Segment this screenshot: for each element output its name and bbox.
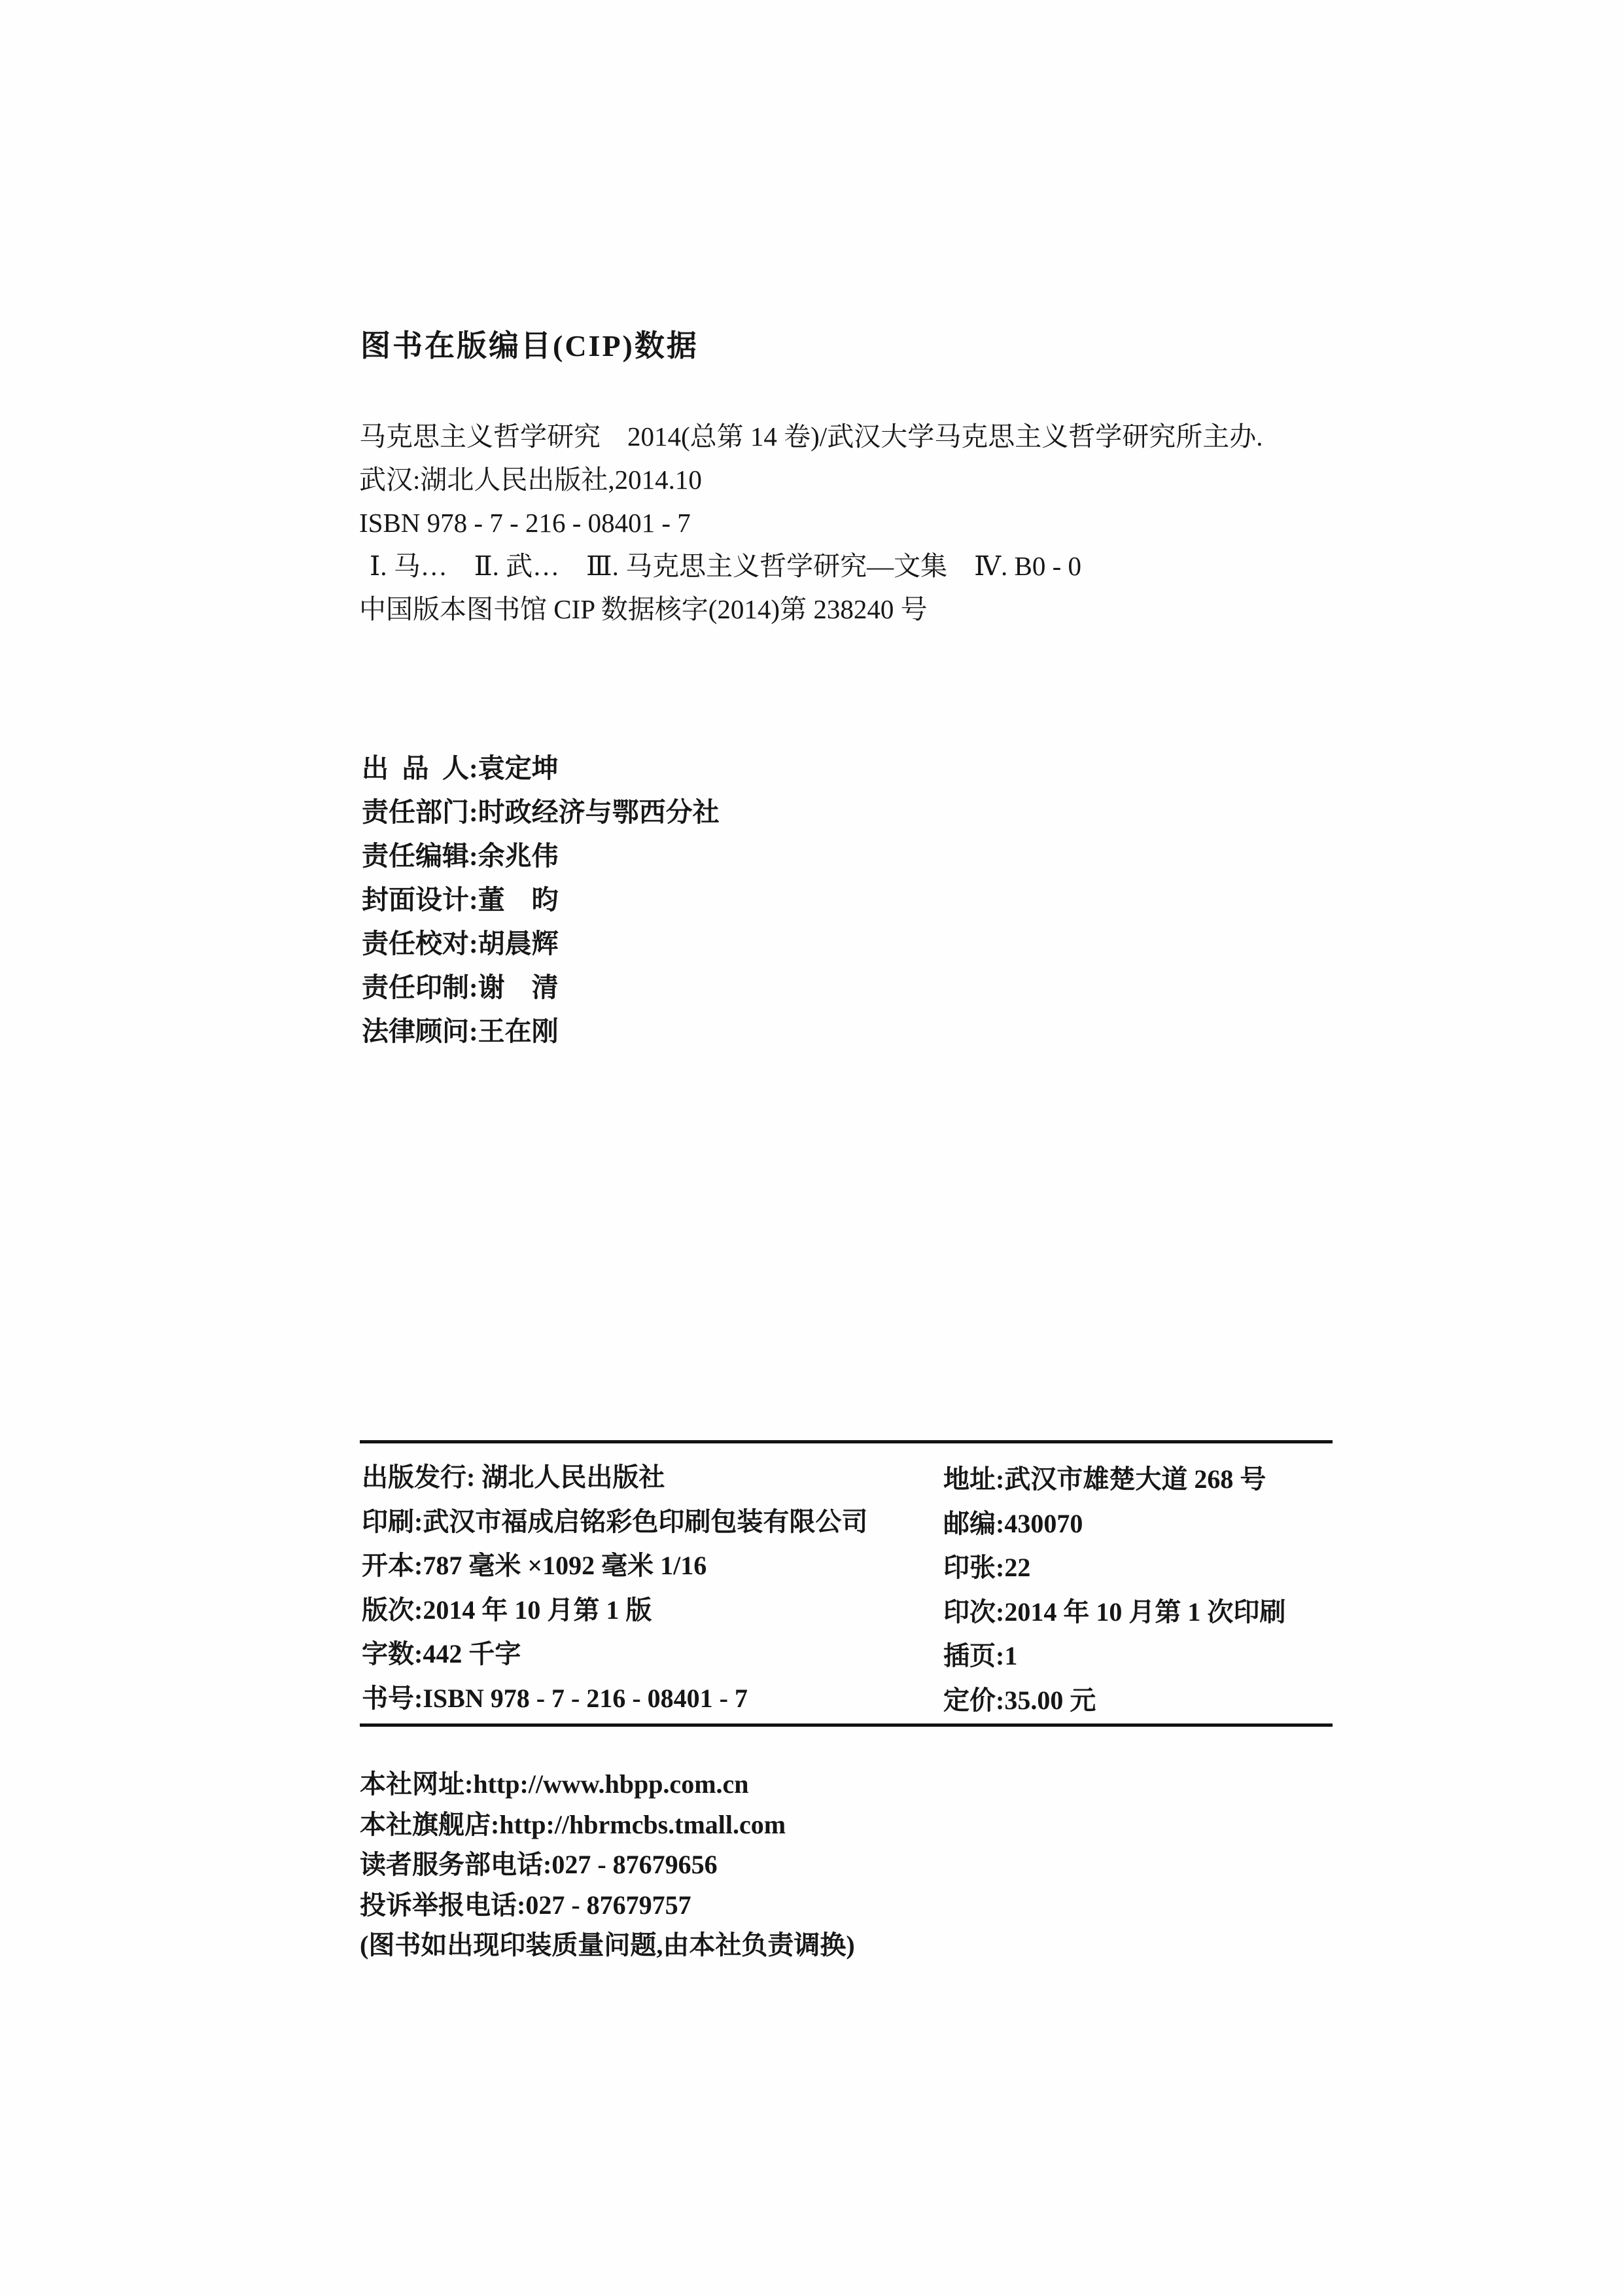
colophon-label: 插页: <box>943 1641 1004 1670</box>
colophon-label: 出版发行: <box>362 1462 475 1492</box>
colophon-label: 开本: <box>362 1551 423 1580</box>
cip-line-classification: Ⅰ. 马… Ⅱ. 武… Ⅲ. 马克思主义哲学研究—文集 Ⅳ. B0 - 0 <box>359 544 1263 588</box>
divider-rule-bottom <box>360 1723 1333 1727</box>
staff-label: 责任印制: <box>362 972 478 1002</box>
staff-value: 余兆伟 <box>478 841 559 871</box>
colophon-label: 版次: <box>362 1595 423 1625</box>
colophon-row-edition: 版次:2014 年 10 月第 1 版 <box>362 1588 867 1633</box>
staff-row-cover-designer: 封面设计:董 昀 <box>362 878 720 922</box>
colophon-label: 邮编: <box>943 1509 1004 1538</box>
colophon-row-book-number: 书号:ISBN 978 - 7 - 216 - 08401 - 7 <box>362 1676 867 1721</box>
colophon-label: 书号: <box>362 1684 423 1713</box>
colophon-row-postcode: 邮编:430070 <box>943 1502 1285 1546</box>
colophon-row-printer: 印刷:武汉市福成启铭彩色印刷包装有限公司 <box>362 1500 867 1544</box>
staff-label: 责任编辑: <box>362 841 478 871</box>
colophon-value: 武汉市雄楚大道 268 号 <box>1004 1464 1266 1494</box>
colophon-value: 22 <box>1004 1553 1030 1582</box>
colophon-row-publisher: 出版发行: 湖北人民出版社 <box>362 1455 867 1500</box>
cip-title: 图书在版编目(CIP)数据 <box>360 322 699 365</box>
staff-row-editor: 责任编辑:余兆伟 <box>362 834 720 878</box>
colophon-value: 湖北人民出版社 <box>475 1462 665 1492</box>
cip-line-isbn: ISBN 978 - 7 - 216 - 08401 - 7 <box>359 501 1263 544</box>
staff-label: 责任部门: <box>362 797 478 827</box>
contact-complaint-phone: 投诉举报电话:027 - 87679757 <box>360 1885 855 1926</box>
staff-label: 封面设计: <box>362 885 478 915</box>
colophon-row-price: 定价:35.00 元 <box>943 1678 1285 1723</box>
staff-row-print-supervisor: 责任印制:谢 清 <box>362 966 720 1010</box>
colophon-label: 印刷: <box>362 1507 423 1536</box>
colophon-value: 2014 年 10 月第 1 次印刷 <box>1004 1597 1285 1627</box>
staff-label: 责任校对: <box>362 928 478 959</box>
colophon-value: 35.00 元 <box>1004 1686 1096 1715</box>
colophon-value: 2014 年 10 月第 1 版 <box>423 1595 652 1625</box>
colophon-row-insert-pages: 插页:1 <box>943 1634 1285 1678</box>
colophon-row-address: 地址:武汉市雄楚大道 268 号 <box>943 1457 1285 1502</box>
colophon-value: ISBN 978 - 7 - 216 - 08401 - 7 <box>423 1684 748 1713</box>
colophon-label: 印次: <box>943 1597 1004 1627</box>
contact-quality-note: (图书如出现印装质量问题,由本社负责调换) <box>360 1925 855 1966</box>
staff-list: 出 品 人:袁定坤 责任部门:时政经济与鄂西分社 责任编辑:余兆伟 封面设计:董… <box>362 747 720 1053</box>
colophon-label: 字数: <box>362 1639 423 1669</box>
colophon-value: 787 毫米 ×1092 毫米 1/16 <box>423 1551 707 1580</box>
contact-website: 本社网址:http://www.hbpp.com.cn <box>360 1764 855 1805</box>
cip-line-title-statement: 马克思主义哲学研究 2014(总第 14 卷)/武汉大学马克思主义哲学研究所主办… <box>359 415 1263 458</box>
contact-flagship-store: 本社旗舰店:http://hbrmcbs.tmall.com <box>360 1805 855 1845</box>
colophon-value: 430070 <box>1004 1509 1083 1538</box>
colophon-value: 442 千字 <box>423 1639 521 1669</box>
colophon-row-word-count: 字数:442 千字 <box>362 1632 867 1676</box>
staff-row-department: 责任部门:时政经济与鄂西分社 <box>362 790 720 834</box>
cip-line-publisher: 武汉:湖北人民出版社,2014.10 <box>359 458 1263 501</box>
staff-value: 时政经济与鄂西分社 <box>478 797 720 827</box>
colophon-left-column: 出版发行: 湖北人民出版社 印刷:武汉市福成启铭彩色印刷包装有限公司 开本:78… <box>362 1455 867 1720</box>
colophon-right-column: 地址:武汉市雄楚大道 268 号 邮编:430070 印张:22 印次:2014… <box>943 1457 1285 1722</box>
staff-value: 袁定坤 <box>478 753 559 783</box>
colophon-row-impression: 印次:2014 年 10 月第 1 次印刷 <box>943 1590 1285 1634</box>
staff-value: 王在刚 <box>478 1016 559 1046</box>
staff-value: 董 昀 <box>478 885 559 915</box>
colophon-table: 出版发行: 湖北人民出版社 印刷:武汉市福成启铭彩色印刷包装有限公司 开本:78… <box>362 1455 1333 1717</box>
staff-value: 谢 清 <box>478 972 559 1002</box>
colophon-label: 定价: <box>943 1686 1004 1715</box>
contact-info: 本社网址:http://www.hbpp.com.cn 本社旗舰店:http:/… <box>360 1764 855 1966</box>
cip-record: 马克思主义哲学研究 2014(总第 14 卷)/武汉大学马克思主义哲学研究所主办… <box>359 415 1263 631</box>
colophon-value: 1 <box>1004 1641 1017 1670</box>
cip-line-record-number: 中国版本图书馆 CIP 数据核字(2014)第 238240 号 <box>359 588 1263 631</box>
colophon-label: 地址: <box>943 1464 1004 1494</box>
staff-label: 法律顾问: <box>362 1016 478 1046</box>
staff-value: 胡晨辉 <box>478 928 559 959</box>
colophon-value: 武汉市福成启铭彩色印刷包装有限公司 <box>423 1507 867 1536</box>
colophon-row-format: 开本:787 毫米 ×1092 毫米 1/16 <box>362 1544 867 1588</box>
contact-reader-service-phone: 读者服务部电话:027 - 87679656 <box>360 1845 855 1885</box>
staff-row-proofreader: 责任校对:胡晨辉 <box>362 922 720 966</box>
book-copyright-page: 图书在版编目(CIP)数据 马克思主义哲学研究 2014(总第 14 卷)/武汉… <box>0 0 1623 2296</box>
colophon-label: 印张: <box>943 1553 1004 1582</box>
staff-row-producer: 出 品 人:袁定坤 <box>362 747 720 790</box>
colophon-row-sheets: 印张:22 <box>943 1545 1285 1590</box>
divider-rule-top <box>360 1440 1333 1443</box>
staff-label: 出 品 人: <box>362 753 478 783</box>
staff-row-legal-advisor: 法律顾问:王在刚 <box>362 1010 720 1053</box>
